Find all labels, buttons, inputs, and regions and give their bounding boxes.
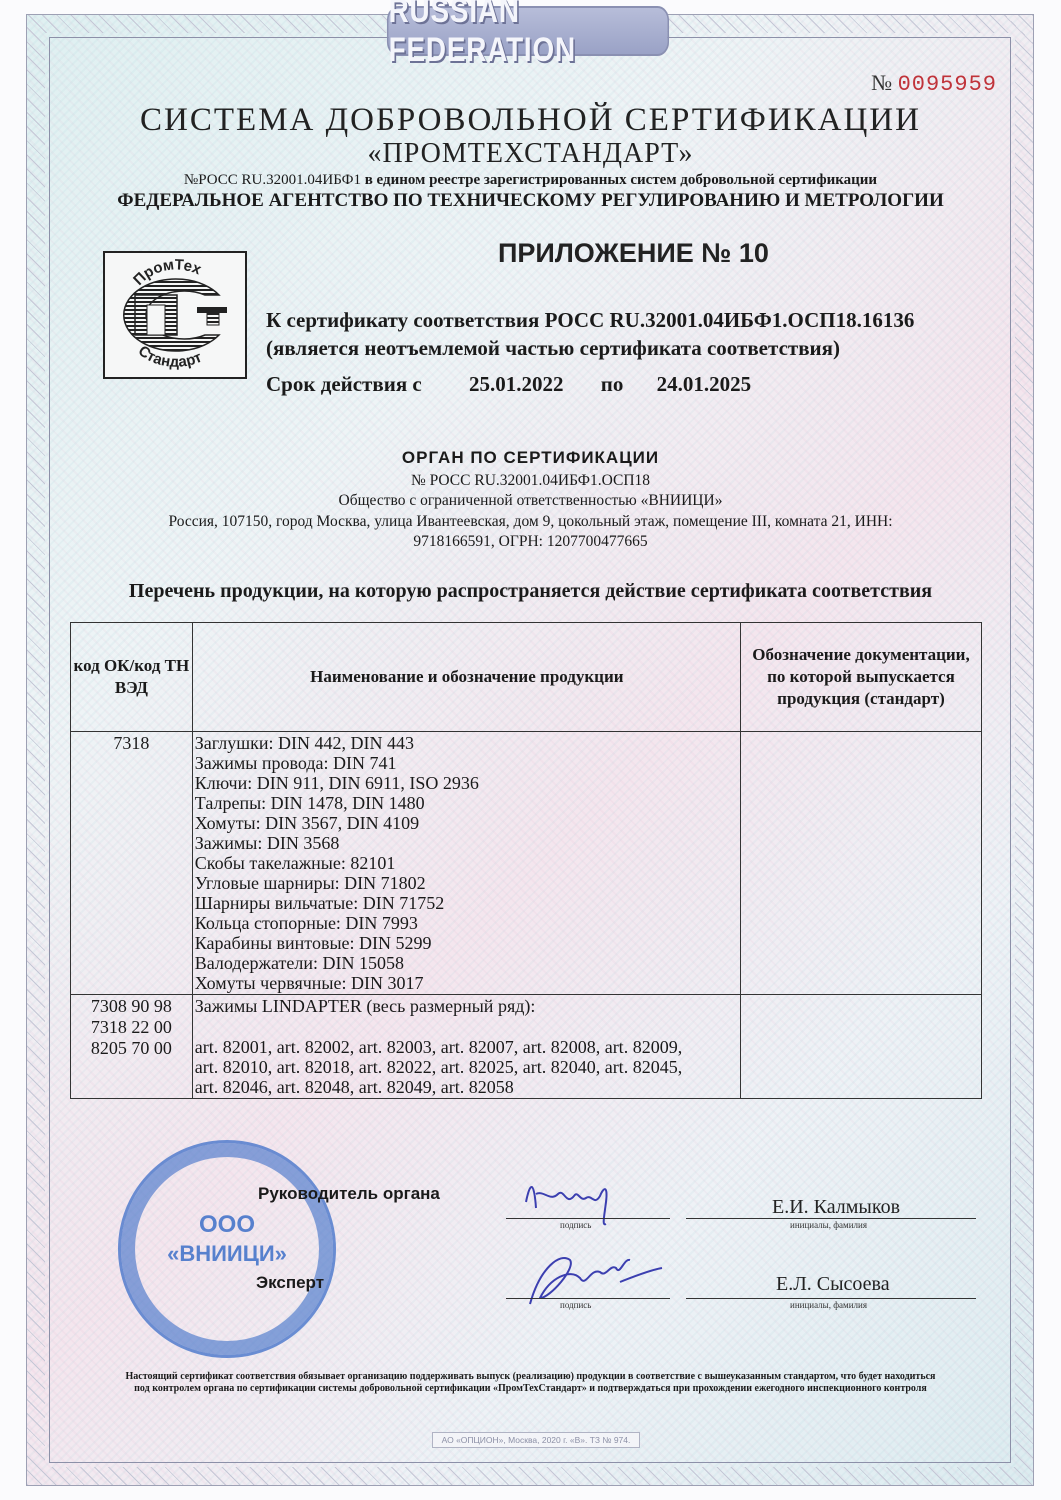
certification-body-heading: ОРГАН ПО СЕРТИФИКАЦИИ: [0, 448, 1061, 468]
validity-period: Срок действия с 25.01.2022 по 24.01.2025: [266, 372, 751, 397]
code-cell: 7308 90 987318 22 008205 70 00: [71, 995, 193, 1099]
head-role-label: Руководитель органа: [258, 1184, 440, 1204]
serial-number: № 0095959: [871, 70, 997, 97]
product-code: 7318 22 00: [72, 1017, 191, 1038]
expert-name-caption: инициалы, фамилия: [790, 1300, 867, 1310]
expert-signature-caption: подпись: [560, 1300, 591, 1310]
column-header-code: код ОК/код ТН ВЭД: [71, 623, 193, 732]
certification-body-number: № РОСС RU.32001.04ИБФ1.ОСП18: [0, 472, 1061, 490]
table-row: 7318Заглушки: DIN 442, DIN 443Зажимы про…: [71, 732, 982, 995]
valid-to: 24.01.2025: [657, 372, 752, 397]
article-line: art. 82001, art. 82002, art. 82003, art.…: [195, 1037, 739, 1057]
product-item: Зажимы провода: DIN 741: [195, 753, 739, 773]
article-list: art. 82001, art. 82002, art. 82003, art.…: [195, 1037, 739, 1097]
product-item: Валодержатели: DIN 15058: [195, 953, 739, 973]
code-cell: 7318: [71, 732, 193, 995]
product-item: Кольца стопорные: DIN 7993: [195, 913, 739, 933]
column-header-standard: Обозначение документации, по которой вып…: [740, 623, 981, 732]
serial-prefix: №: [871, 70, 892, 95]
pgt-logo-icon: ПромТех Стандарт: [105, 253, 245, 377]
column-header-name: Наименование и обозначение продукции: [192, 623, 740, 732]
product-item: Угловые шарниры: DIN 71802: [195, 873, 739, 893]
certificate-reference: К сертификату соответствия РОСС RU.32001…: [266, 306, 914, 362]
product-item: Ключи: DIN 911, DIN 6911, ISO 2936: [195, 773, 739, 793]
registry-text: в едином реестре зарегистрированных сист…: [361, 172, 877, 188]
standard-cell: [740, 732, 981, 995]
footer-note-line1: Настоящий сертификат соответствия обязыв…: [0, 1371, 1061, 1383]
product-item: Скобы такелажные: 82101: [195, 853, 739, 873]
certification-body-organization: Общество с ограниченной ответственностью…: [0, 492, 1061, 510]
stamp-line1: ООО: [121, 1211, 333, 1239]
product-item: Талрепы: DIN 1478, DIN 1480: [195, 793, 739, 813]
serial-value: 0095959: [898, 72, 997, 97]
expert-role-label: Эксперт: [256, 1273, 324, 1293]
table-row: 7308 90 987318 22 008205 70 00Зажимы LIN…: [71, 995, 982, 1099]
valid-from: 25.01.2022: [469, 372, 564, 397]
head-signature-line: [506, 1218, 670, 1219]
promtekh-logo: ПромТех Стандарт: [103, 251, 247, 379]
products-list-title: Перечень продукции, на которую распростр…: [0, 580, 1061, 603]
footer-note: Настоящий сертификат соответствия обязыв…: [0, 1371, 1061, 1395]
validity-label: Срок действия с: [266, 372, 422, 397]
expert-signature-line: [506, 1298, 670, 1299]
product-name-cell: Зажимы LINDAPTER (весь размерный ряд):ar…: [192, 995, 740, 1099]
standard-cell: [740, 995, 981, 1099]
printer-imprint: АО «ОПЦИОН», Москва, 2020 г. «В». ТЗ № 9…: [432, 1432, 640, 1448]
expert-name-line: [686, 1298, 976, 1299]
article-line: art. 82010, art. 82018, art. 82022, art.…: [195, 1057, 739, 1077]
table-header-row: код ОК/код ТН ВЭД Наименование и обознач…: [71, 623, 982, 732]
article-line: art. 82046, art. 82048, art. 82049, art.…: [195, 1077, 739, 1097]
product-code: 7318: [72, 733, 191, 754]
to-label: по: [601, 372, 624, 397]
cert-ref-line1: К сертификату соответствия РОСС RU.32001…: [266, 306, 914, 334]
head-name: Е.И. Калмыков: [772, 1196, 900, 1219]
product-code: 8205 70 00: [72, 1038, 191, 1059]
stamp-line2: «ВНИИЦИ»: [121, 1241, 333, 1267]
product-item: Хомуты червячные: DIN 3017: [195, 973, 739, 993]
registry-line: №РОСС RU.32001.04ИБФ1 в едином реестре з…: [0, 172, 1061, 189]
head-signature-caption: подпись: [560, 1220, 591, 1230]
system-name: «ПРОМТЕХСТАНДАРТ»: [0, 138, 1061, 170]
expert-name: Е.Л. Сысоева: [776, 1273, 890, 1296]
russian-federation-banner: RUSSIAN FEDERATION: [387, 6, 669, 56]
cert-ref-line2: (является неотъемлемой частью сертификат…: [266, 334, 914, 362]
product-item: Заглушки: DIN 442, DIN 443: [195, 733, 739, 753]
head-name-caption: инициалы, фамилия: [790, 1220, 867, 1230]
product-item: Зажимы: DIN 3568: [195, 833, 739, 853]
product-code: 7308 90 98: [72, 996, 191, 1017]
system-title: СИСТЕМА ДОБРОВОЛЬНОЙ СЕРТИФИКАЦИИ: [0, 102, 1061, 139]
certification-body-ids: 9718166591, ОГРН: 1207700477665: [0, 533, 1061, 551]
product-name-cell: Заглушки: DIN 442, DIN 443Зажимы провода…: [192, 732, 740, 995]
product-item: Шарниры вильчатые: DIN 71752: [195, 893, 739, 913]
products-table: код ОК/код ТН ВЭД Наименование и обознач…: [70, 622, 982, 1099]
registry-number: №РОСС RU.32001.04ИБФ1: [184, 172, 361, 188]
product-item: Зажимы LINDAPTER (весь размерный ряд):: [195, 996, 739, 1016]
appendix-title: ПРИЛОЖЕНИЕ № 10: [498, 238, 769, 269]
certification-body-address: Россия, 107150, город Москва, улица Иван…: [0, 513, 1061, 531]
product-item: Хомуты: DIN 3567, DIN 4109: [195, 813, 739, 833]
expert-signature-icon: [520, 1248, 670, 1308]
agency-name: ФЕДЕРАЛЬНОЕ АГЕНТСТВО ПО ТЕХНИЧЕСКОМУ РЕ…: [0, 190, 1061, 212]
product-item: Карабины винтовые: DIN 5299: [195, 933, 739, 953]
organization-stamp: ООО «ВНИИЦИ»: [118, 1140, 336, 1358]
footer-note-line2: под контролем органа по сертификации сис…: [0, 1383, 1061, 1395]
